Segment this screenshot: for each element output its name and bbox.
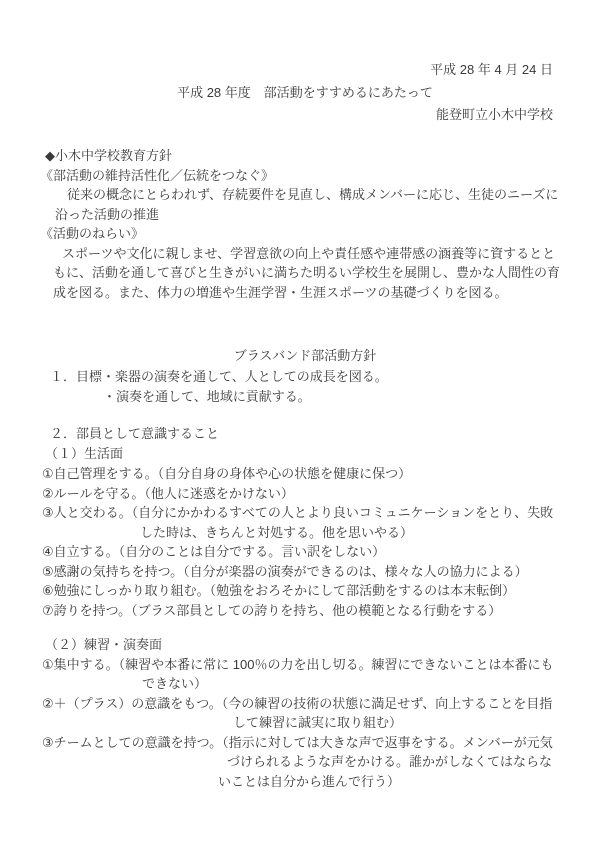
document-page: 平成 28 年 4 月 24 日 平成 28 年度 部活動をすすめるにあたって … xyxy=(0,0,610,863)
practice-item-2-continued: して練習に誠実に取り組む） xyxy=(0,713,610,733)
practice-item-1: ①集中する。（練習や本番に常に 100％の力を出し切る。練習にできないことは本番… xyxy=(0,655,610,675)
life-item-5: ⑤感謝の気持ちを持つ。（自分が楽器の演奏ができるのは、様々な人の協力による） xyxy=(0,562,610,582)
tradition-heading: 《部活動の維持活性化／伝統をつなぐ》 xyxy=(0,166,610,186)
doc-header: 平成 28 年 4 月 24 日 平成 28 年度 部活動をすすめるにあたって … xyxy=(0,0,610,125)
band-policy-title: ブラスバンド部活動方針 xyxy=(0,346,610,366)
life-item-2: ②ルールを守る。（他人に迷惑をかけない） xyxy=(0,484,610,504)
member-awareness-section: ２．部員として意識すること （１）生活面 ①自己管理をする。（自分自身の身体や心… xyxy=(0,424,610,620)
practice-item-3-continued: いことは自分から進んで行う） xyxy=(0,772,610,792)
practice-item-2: ②＋（プラス）の意識をもつ。（今の練習の技術の状態に満足せず、向上することを目指 xyxy=(0,694,610,714)
life-item-4: ④自立する。（自分のことは自分でする。言い訳をしない） xyxy=(0,542,610,562)
aim-line: もに、活動を通して喜びと生きがいに満ちた明るい学校生を展開し、豊かな人間性の育 xyxy=(0,263,610,283)
member-heading: ２．部員として意識すること xyxy=(0,424,610,444)
band-policy-section: ブラスバンド部活動方針 xyxy=(0,346,610,366)
life-item-3-continued: した時は、きちんと対処する。他を思いやる） xyxy=(0,523,610,543)
practice-section: （２）練習・演奏面 ①集中する。（練習や本番に常に 100％の力を出し切る。練習… xyxy=(0,635,610,791)
life-item-3: ③人と交わる。（自分にかかわるすべての人とより良いコミュニケーションをとり、失敗 xyxy=(0,503,610,523)
practice-item-3: ③チームとしての意識を持つ。（指示に対しては大きな声で返事をする。メンバーが元気 xyxy=(0,733,610,753)
school-policy-section: ◆小木中学校教育方針 《部活動の維持活性化／伝統をつなぐ》 従来の概念にとらわれ… xyxy=(0,146,610,302)
practice-item-3-continued: づけられるような声をかける。誰かがしなくてはならな xyxy=(0,752,610,772)
doc-title: 平成 28 年度 部活動をすすめるにあたって xyxy=(0,83,610,103)
band-goal-line: ・演奏を通して、地域に貢献する。 xyxy=(0,387,610,407)
practice-heading: （２）練習・演奏面 xyxy=(0,635,610,655)
doc-date: 平成 28 年 4 月 24 日 xyxy=(0,60,610,80)
aim-line: 成を図る。また、体力の増進や生涯学習・生涯スポーツの基礎づくりを図る。 xyxy=(0,283,610,303)
doc-school-name: 能登町立小木中学校 xyxy=(0,105,610,125)
aim-heading: 《活動のねらい》 xyxy=(0,224,610,244)
practice-item-1-continued: できない） xyxy=(0,674,610,694)
band-goal-line: １．目標・楽器の演奏を通して、人としての成長を図る。 xyxy=(0,367,610,387)
life-item-6: ⑥勉強にしっかり取り組む。（勉強をおろそかにして部活動をするのは本末転倒） xyxy=(0,581,610,601)
tradition-line: 沿った活動の推進 xyxy=(0,205,610,225)
band-goal-section: １．目標・楽器の演奏を通して、人としての成長を図る。 ・演奏を通して、地域に貢献… xyxy=(0,367,610,406)
tradition-line: 従来の概念にとらわれず、存続要件を見直し、構成メンバーに応じ、生徒のニーズに xyxy=(0,185,610,205)
aim-line: スポーツや文化に親しませ、学習意欲の向上や責任感や連帯感の涵養等に資するとと xyxy=(0,244,610,264)
life-item-7: ⑦誇りを持つ。（ブラス部員としての誇りを持ち、他の模範となる行動をする） xyxy=(0,601,610,621)
school-policy-heading: ◆小木中学校教育方針 xyxy=(0,146,610,166)
life-heading: （１）生活面 xyxy=(0,444,610,464)
life-item-1: ①自己管理をする。（自分自身の身体や心の状態を健康に保つ） xyxy=(0,464,610,484)
